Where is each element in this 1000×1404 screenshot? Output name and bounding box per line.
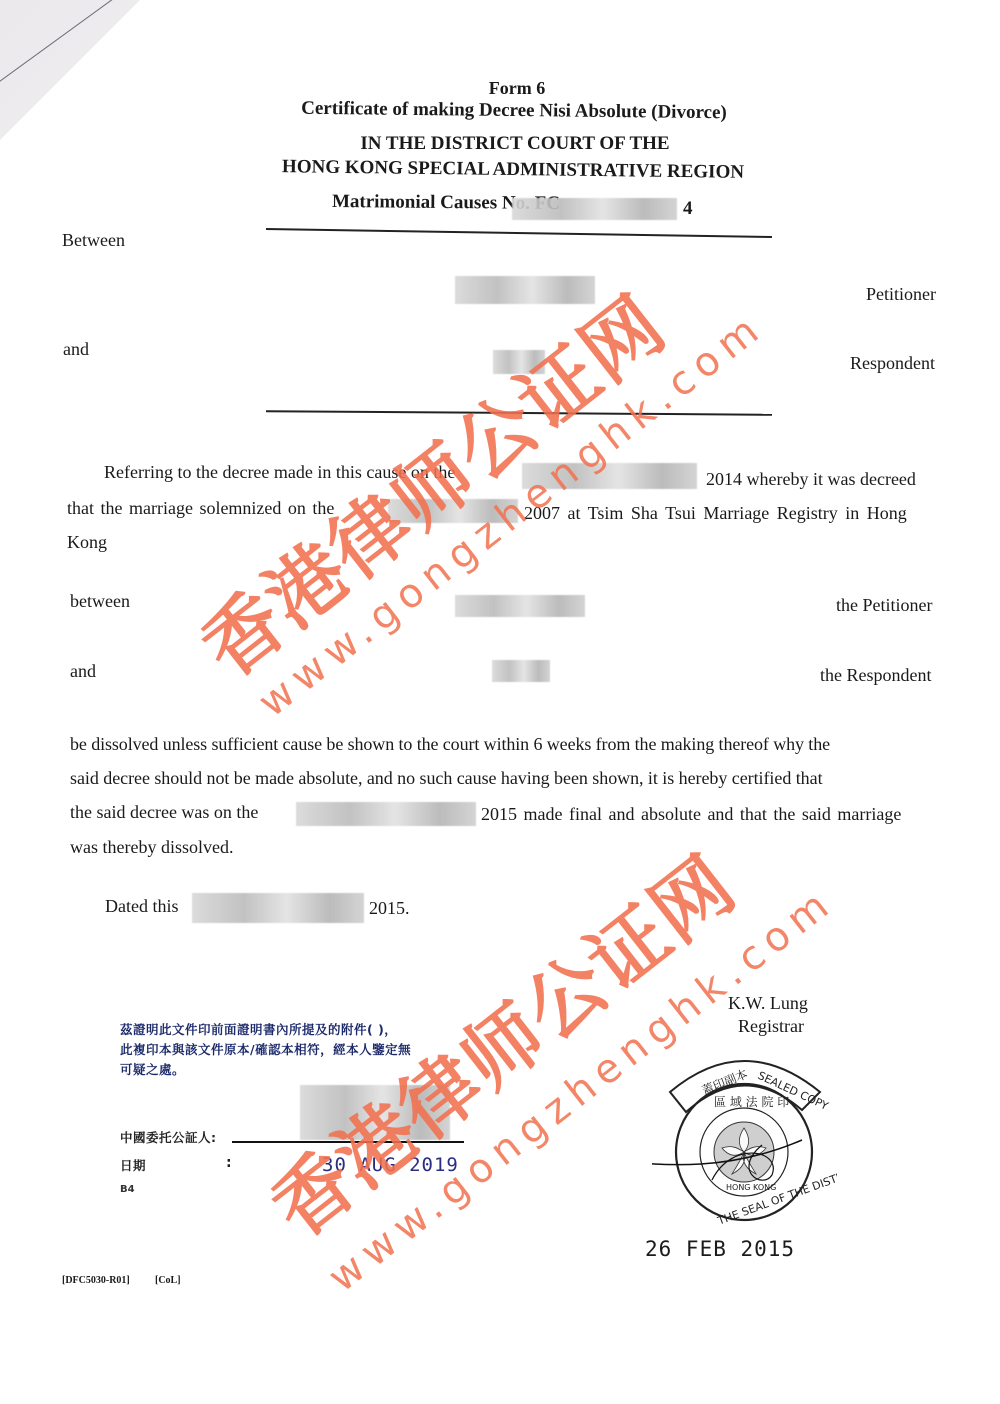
para2-line2: said decree should not be made absolute,… bbox=[70, 768, 823, 789]
between2-label: between bbox=[70, 591, 130, 612]
signatory-title: Registrar bbox=[738, 1016, 804, 1037]
district-court-seal-icon: 蓋印副本 SEALED COPY THE SEAL OF THE DISTRIC… bbox=[652, 1040, 837, 1225]
redacted-petitioner-name-2 bbox=[455, 595, 585, 617]
redacted-respondent-name-2 bbox=[492, 660, 550, 682]
form-code: [DFC5030-R01] bbox=[62, 1275, 130, 1286]
notary-line-1: 茲證明此文件印前面證明書內所提及的附件( )， bbox=[120, 1020, 397, 1038]
court-date-stamp: 26 FEB 2015 bbox=[645, 1237, 795, 1261]
notary-code: B4 bbox=[120, 1184, 135, 1195]
petitioner-role: Petitioner bbox=[866, 284, 936, 305]
date-label: 日期 bbox=[120, 1156, 146, 1174]
redacted-absolute-date bbox=[296, 802, 476, 826]
dated-suffix: 2015. bbox=[369, 898, 410, 919]
between-label: Between bbox=[62, 230, 125, 251]
para2-line1: be dissolved unless sufficient cause be … bbox=[70, 734, 830, 755]
notary-line-3: 可疑之處。 bbox=[120, 1060, 185, 1078]
attesting-label: 中國委托公証人: bbox=[120, 1128, 217, 1146]
respondent-role: Respondent bbox=[850, 353, 935, 374]
respondent2-role: the Respondent bbox=[820, 665, 931, 686]
redacted-case-number bbox=[512, 198, 677, 220]
svg-text:區 域 法 院 印: 區 域 法 院 印 bbox=[714, 1094, 789, 1109]
notary-line-2: 此複印本與該文件原本/確認本相符，經本人鑒定無 bbox=[120, 1040, 411, 1058]
paper-fold-shadow bbox=[0, 0, 300, 260]
date-colon: : bbox=[226, 1155, 232, 1171]
para2-line3a: the said decree was on the bbox=[70, 802, 258, 823]
petitioner2-role: the Petitioner bbox=[836, 595, 932, 616]
para2-line3b: 2015 made final and absolute and that th… bbox=[481, 804, 901, 825]
col-code: [CoL] bbox=[155, 1275, 181, 1286]
svg-text:蓋印副本: 蓋印副本 bbox=[700, 1066, 750, 1098]
and-label: and bbox=[63, 339, 89, 360]
court-line-1: IN THE DISTRICT COURT OF THE bbox=[0, 133, 1000, 155]
signatory-name: K.W. Lung bbox=[728, 993, 808, 1014]
top-rule bbox=[266, 228, 772, 237]
para1-d: 2007 at Tsim Sha Tsui Marriage Registry … bbox=[524, 503, 907, 524]
redacted-dated-day bbox=[192, 893, 364, 923]
case-suffix: 4 bbox=[683, 198, 693, 220]
svg-text:HONG KONG: HONG KONG bbox=[726, 1183, 776, 1192]
para2-line4: was thereby dissolved. bbox=[70, 837, 233, 858]
dated-prefix: Dated this bbox=[105, 896, 179, 917]
document-title: Certificate of making Decree Nisi Absolu… bbox=[0, 95, 1000, 128]
court-line-2: HONG KONG SPECIAL ADMINISTRATIVE REGION bbox=[0, 153, 1000, 188]
and2-label: and bbox=[70, 661, 96, 682]
para1-b: 2014 whereby it was decreed bbox=[706, 469, 916, 490]
para1-e: Kong bbox=[67, 532, 107, 553]
document-page: Form 6 Certificate of making Decree Nisi… bbox=[0, 0, 1000, 1404]
